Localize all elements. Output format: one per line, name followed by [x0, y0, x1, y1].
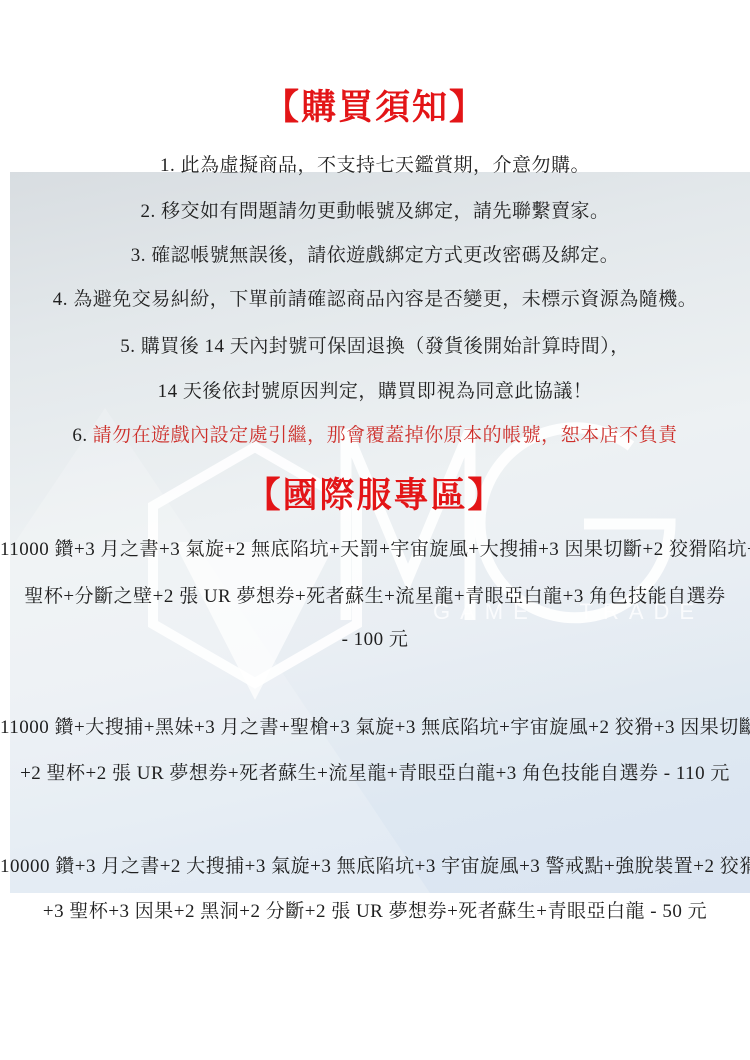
notice-item-5-continued: 14 天後依封號原因判定，購買即視為同意此協議！	[0, 376, 750, 403]
product-1-line-2: 聖杯+分斷之壁+2 張 UR 夢想券+死者蘇生+流星龍+青眼亞白龍+3 角色技能…	[0, 581, 750, 608]
notice-item-6-number: 6.	[72, 425, 87, 446]
section-title: 【國際服專區】	[0, 468, 750, 518]
notice-title: 【購買須知】	[0, 80, 750, 130]
product-2-line-2: +2 聖杯+2 張 UR 夢想券+死者蘇生+流星龍+青眼亞白龍+3 角色技能自選…	[0, 758, 750, 785]
notice-item-6-warning: 請勿在遊戲內設定處引繼，那會覆蓋掉你原本的帳號，恕本店不負責	[93, 425, 678, 446]
notice-item-6: 6.請勿在遊戲內設定處引繼，那會覆蓋掉你原本的帳號，恕本店不負責	[0, 420, 750, 447]
notice-item-1: 1. 此為虛擬商品，不支持七天鑑賞期，介意勿購。	[0, 150, 750, 177]
product-2-line-1: 11000 鑽+大搜捕+黑妹+3 月之書+聖槍+3 氣旋+3 無底陷坑+宇宙旋風…	[0, 712, 750, 739]
notice-item-4: 4. 為避免交易糾紛，下單前請確認商品內容是否變更，未標示資源為隨機。	[0, 284, 750, 311]
product-1-line-1: 11000 鑽+3 月之書+3 氣旋+2 無底陷坑+天罰+宇宙旋風+大搜捕+3 …	[0, 534, 750, 561]
notice-item-3: 3. 確認帳號無誤後，請依遊戲綁定方式更改密碼及綁定。	[0, 240, 750, 267]
page: { "notice": { "title": "【購買須知】", "items"…	[0, 0, 750, 1060]
notice-item-5: 5. 購買後 14 天內封號可保固退換（發貨後開始計算時間），	[0, 331, 750, 358]
notice-item-2: 2. 移交如有問題請勿更動帳號及綁定，請先聯繫賣家。	[0, 196, 750, 223]
product-3-line-1: 10000 鑽+3 月之書+2 大搜捕+3 氣旋+3 無底陷坑+3 宇宙旋風+3…	[0, 851, 750, 878]
product-1-price: - 100 元	[0, 624, 750, 651]
product-3-line-2: +3 聖杯+3 因果+2 黑洞+2 分斷+2 張 UR 夢想券+死者蘇生+青眼亞…	[0, 896, 750, 923]
